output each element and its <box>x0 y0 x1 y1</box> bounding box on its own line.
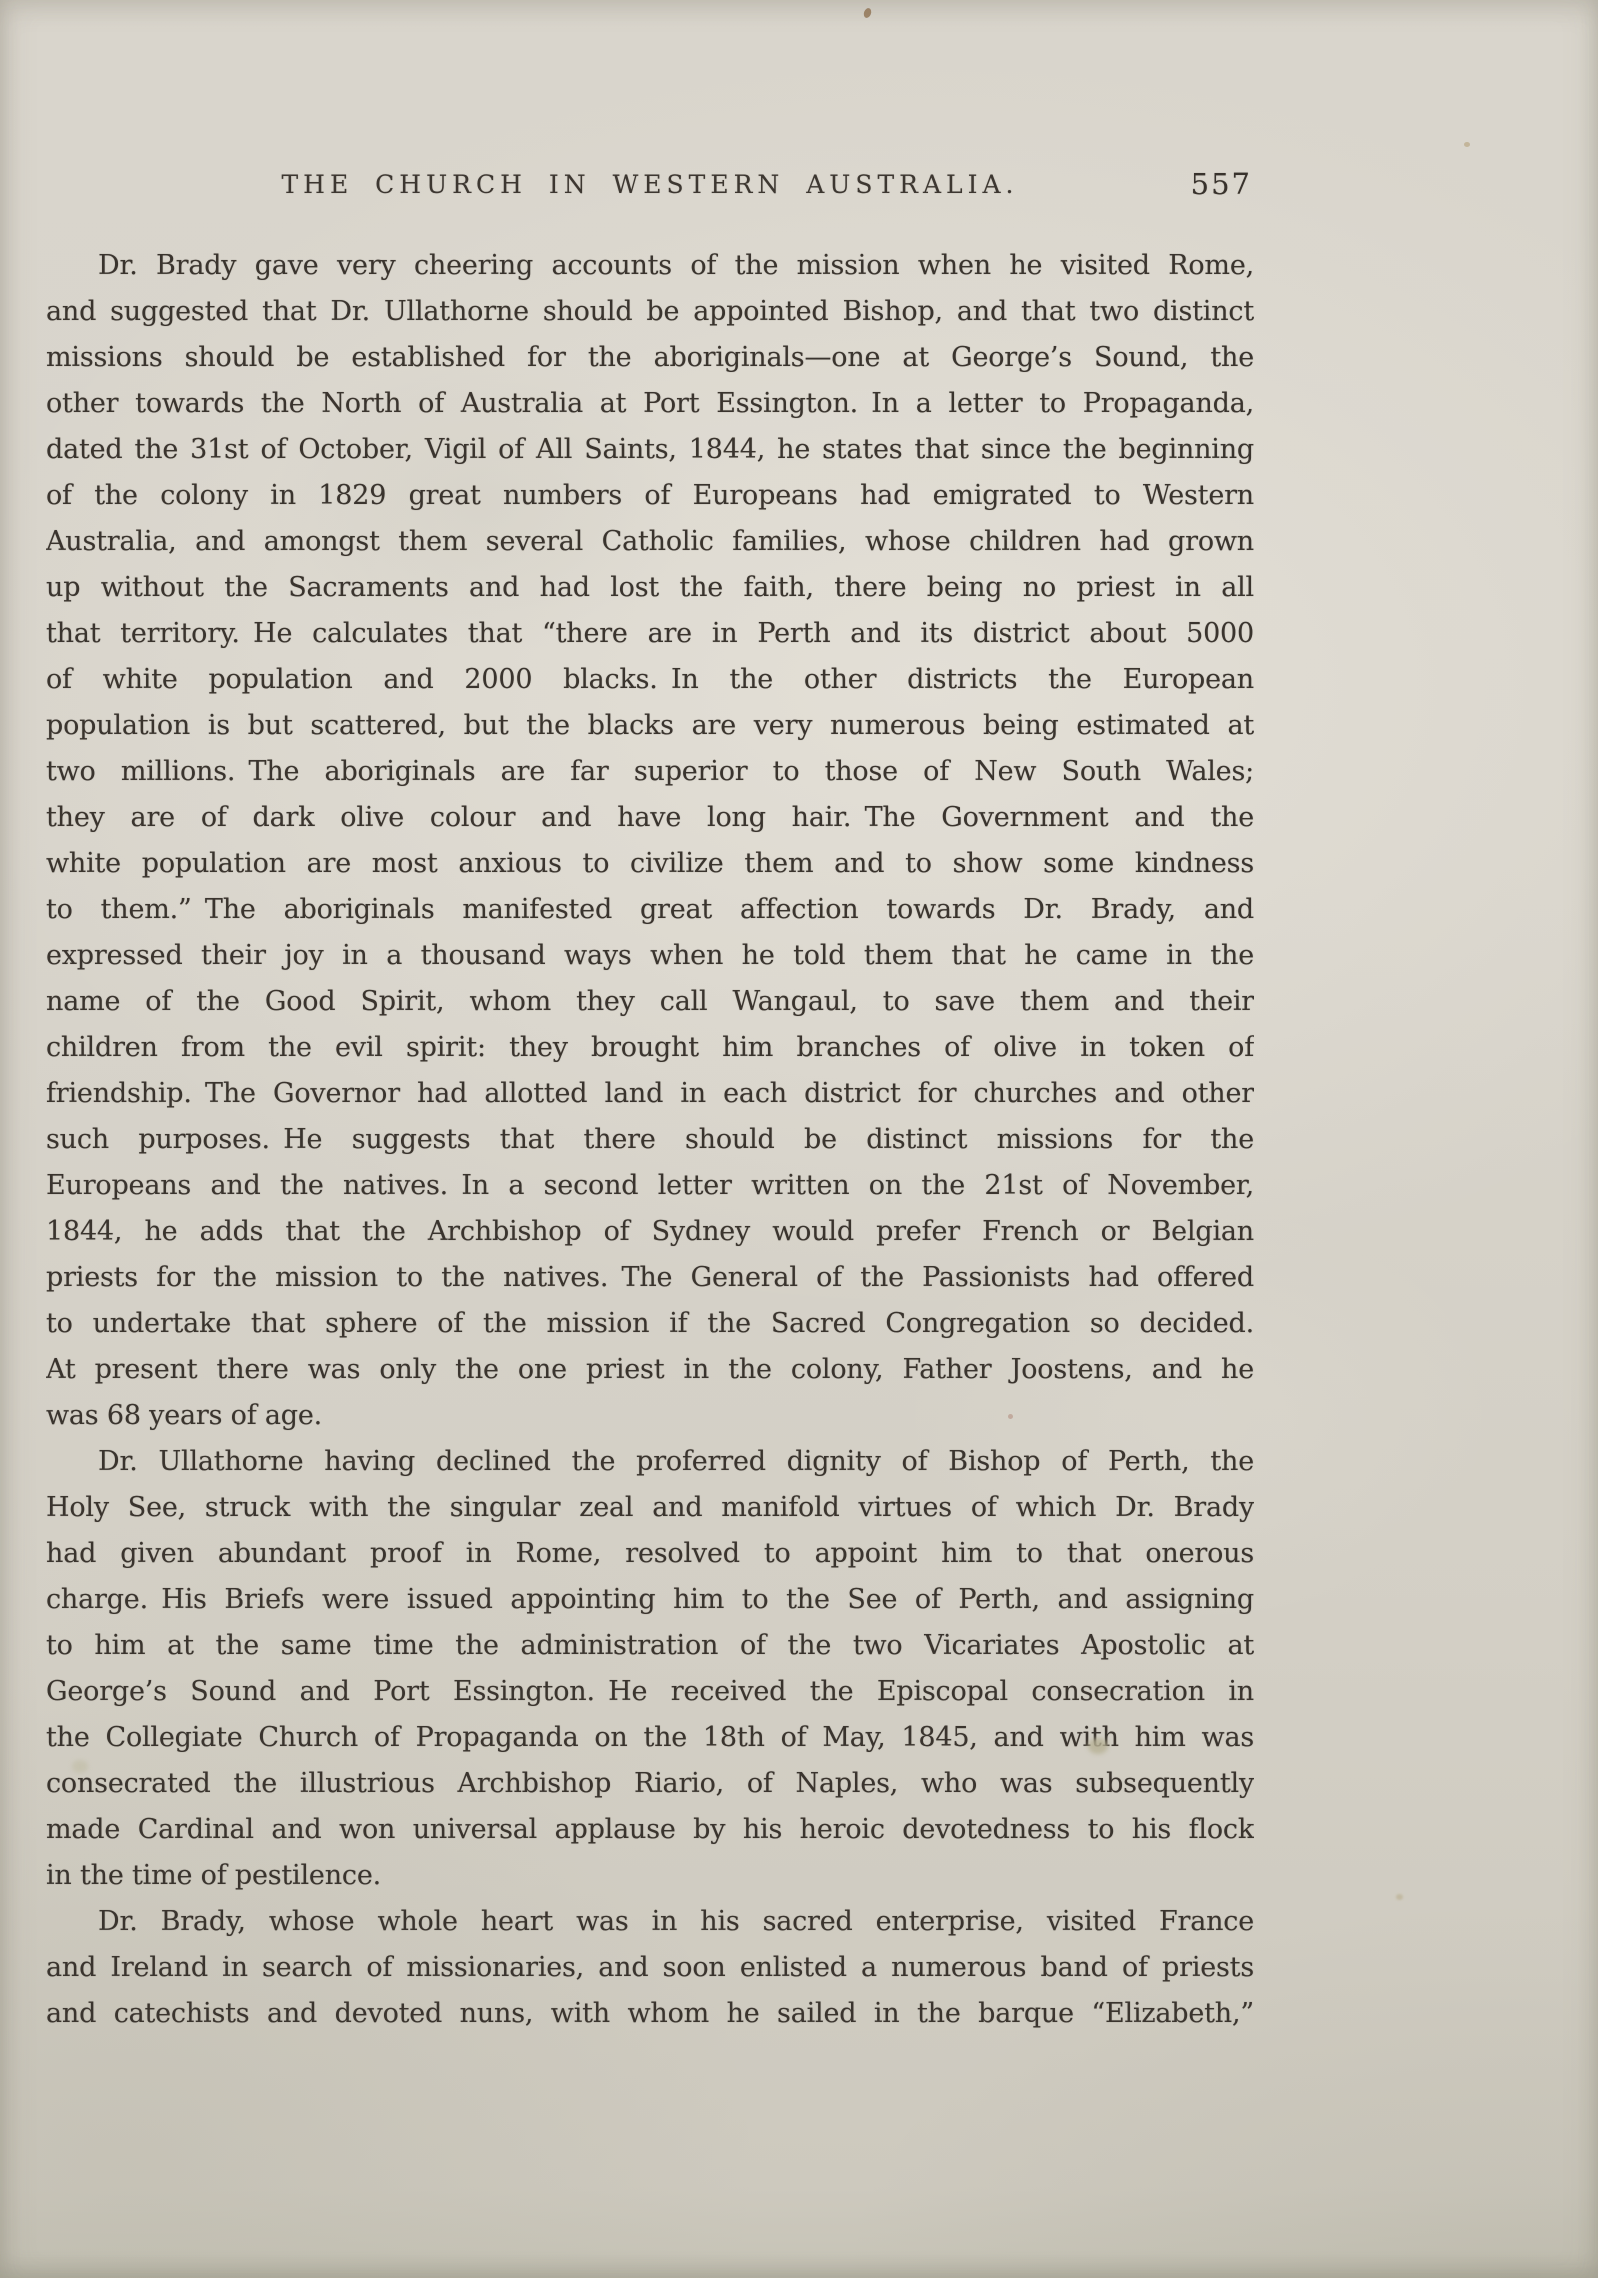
text-line: in the time of pestilence. <box>46 1853 1254 1899</box>
text-line: to undertake that sphere of the mission … <box>46 1301 1254 1347</box>
text-line: the Collegiate Church of Propaganda on t… <box>46 1715 1254 1761</box>
text-line: to him at the same time the administrati… <box>46 1623 1254 1669</box>
running-title: THE CHURCH IN WESTERN AUSTRALIA. <box>46 170 1254 199</box>
text-line: and catechists and devoted nuns, with wh… <box>46 1991 1254 2037</box>
page-number: 557 <box>1191 167 1252 201</box>
text-line: two millions. The aboriginals are far su… <box>46 749 1254 795</box>
text-line: priests for the mission to the natives. … <box>46 1255 1254 1301</box>
paragraph: Dr. Brady, whose whole heart was in his … <box>46 1899 1254 2037</box>
text-line: George’s Sound and Port Essington. He re… <box>46 1669 1254 1715</box>
paper-speck <box>1464 142 1470 147</box>
paragraph: Dr. Ullathorne having declined the profe… <box>46 1439 1254 1899</box>
text-line: population is but scattered, but the bla… <box>46 703 1254 749</box>
text-line: such purposes. He suggests that there sh… <box>46 1117 1254 1163</box>
text-line: Australia, and amongst them several Cath… <box>46 519 1254 565</box>
text-line: and suggested that Dr. Ullathorne should… <box>46 289 1254 335</box>
text-line: At present there was only the one priest… <box>46 1347 1254 1393</box>
text-line: charge. His Briefs were issued appointin… <box>46 1577 1254 1623</box>
text-line: Dr. Brady gave very cheering accounts of… <box>46 243 1254 289</box>
text-line: white population are most anxious to civ… <box>46 841 1254 887</box>
text-line: Holy See, struck with the singular zeal … <box>46 1485 1254 1531</box>
text-line: of the colony in 1829 great numbers of E… <box>46 473 1254 519</box>
text-line: was 68 years of age. <box>46 1393 1254 1439</box>
paper-speck <box>863 7 873 19</box>
book-page-scan: THE CHURCH IN WESTERN AUSTRALIA. 557 Dr.… <box>0 0 1598 2278</box>
text-line: to them.” The aboriginals manifested gre… <box>46 887 1254 933</box>
text-line: friendship. The Governor had allotted la… <box>46 1071 1254 1117</box>
text-line: Europeans and the natives. In a second l… <box>46 1163 1254 1209</box>
text-line: missions should be established for the a… <box>46 335 1254 381</box>
text-line: and Ireland in search of missionaries, a… <box>46 1945 1254 1991</box>
text-line: name of the Good Spirit, whom they call … <box>46 979 1254 1025</box>
text-line: children from the evil spirit: they brou… <box>46 1025 1254 1071</box>
text-block: Dr. Brady gave very cheering accounts of… <box>46 243 1254 2037</box>
text-line: made Cardinal and won universal applause… <box>46 1807 1254 1853</box>
text-line: of white population and 2000 blacks. In … <box>46 657 1254 703</box>
text-line: dated the 31st of October, Vigil of All … <box>46 427 1254 473</box>
text-line: up without the Sacraments and had lost t… <box>46 565 1254 611</box>
text-line: had given abundant proof in Rome, resolv… <box>46 1531 1254 1577</box>
paragraph: Dr. Brady gave very cheering accounts of… <box>46 243 1254 1439</box>
text-line: consecrated the illustrious Archbishop R… <box>46 1761 1254 1807</box>
text-line: that territory. He calculates that “ther… <box>46 611 1254 657</box>
text-line: Dr. Brady, whose whole heart was in his … <box>46 1899 1254 1945</box>
text-line: other towards the North of Australia at … <box>46 381 1254 427</box>
paper-speck <box>1396 1894 1403 1900</box>
text-line: they are of dark olive colour and have l… <box>46 795 1254 841</box>
page-header: THE CHURCH IN WESTERN AUSTRALIA. 557 <box>46 170 1254 210</box>
text-line: Dr. Ullathorne having declined the profe… <box>46 1439 1254 1485</box>
text-line: 1844, he adds that the Archbishop of Syd… <box>46 1209 1254 1255</box>
text-line: expressed their joy in a thousand ways w… <box>46 933 1254 979</box>
